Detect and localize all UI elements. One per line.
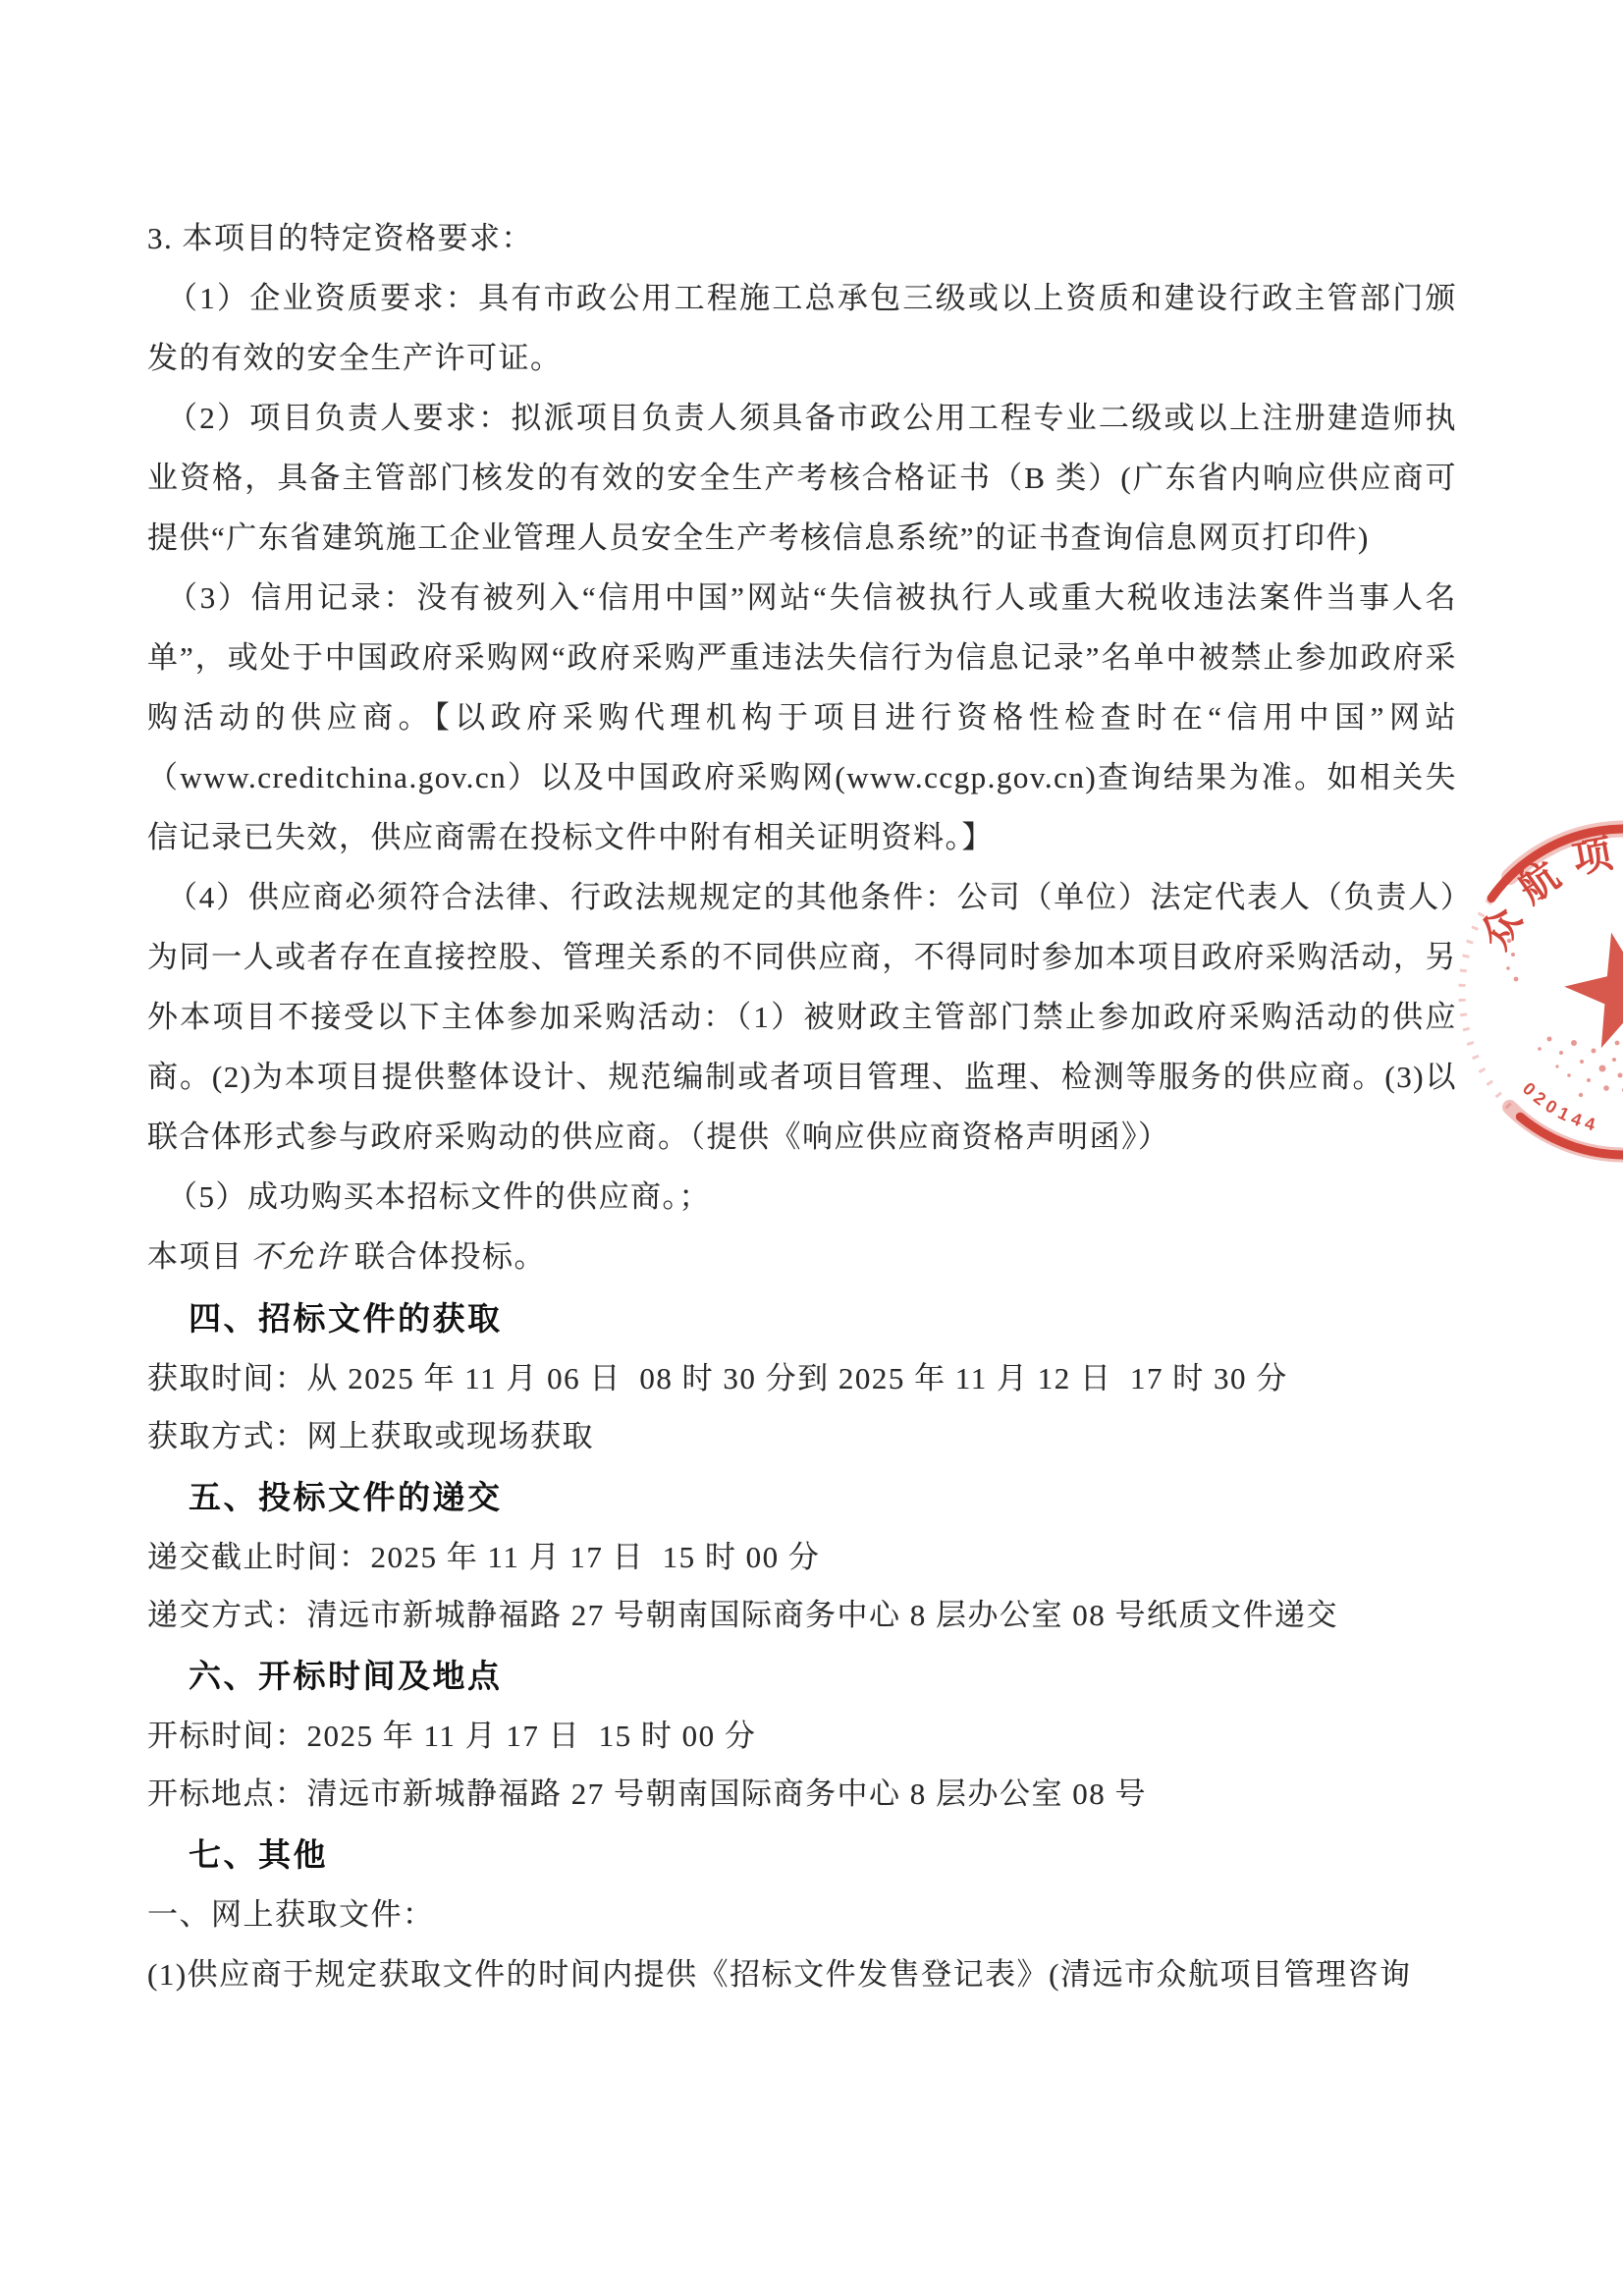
section-4-heading: 四、招标文件的获取 (189, 1290, 1457, 1346)
obtain-method-line: 获取方式：网上获取或现场获取 (147, 1407, 1457, 1465)
seal-star-icon (1564, 933, 1623, 1049)
jv-note-suffix: 联合体投标。 (354, 1239, 546, 1274)
clause3-item-4: （4）供应商必须符合法律、行政法规规定的其他条件：公司（单位）法定代表人（负责人… (147, 867, 1457, 1167)
clause3-item-3: （3）信用记录：没有被列入“信用中国”网站“失信被执行人或重大税收违法案件当事人… (147, 568, 1457, 867)
notice-body: 3. 本项目的特定资格要求： （1）企业资质要求：具有市政公用工程施工总承包三级… (147, 208, 1457, 2004)
seal-graphics: 众航项 020144 (1462, 829, 1623, 1155)
clause3-item-2: （2）项目负责人要求：拟派项目负责人须具备市政公用工程专业二级或以上注册建造师执… (147, 388, 1457, 568)
submit-method-line: 递交方式：清远市新城静福路 27 号朝南国际商务中心 8 层办公室 08 号纸质… (147, 1586, 1457, 1644)
section-6-heading: 六、开标时间及地点 (189, 1648, 1457, 1704)
scanned-tender-notice-page: 3. 本项目的特定资格要求： （1）企业资质要求：具有市政公用工程施工总承包三级… (0, 0, 1623, 2296)
obtain-time-line: 获取时间：从 2025 年 11 月 06 日 08 时 30 分到 2025 … (147, 1349, 1457, 1407)
online-obtain-item-1: (1)供应商于规定获取文件的时间内提供《招标文件发售登记表》(清远市众航项目管理… (147, 1944, 1457, 2004)
section-5-heading: 五、投标文件的递交 (189, 1469, 1457, 1525)
joint-venture-note: 本项目不允许联合体投标。 (147, 1227, 1457, 1286)
clause3-item-5: （5）成功购买本招标文件的供应商。； (147, 1167, 1457, 1227)
submit-deadline-line: 递交截止时间：2025 年 11 月 17 日 15 时 00 分 (147, 1528, 1457, 1586)
bid-opening-place-line: 开标地点：清远市新城静福路 27 号朝南国际商务中心 8 层办公室 08 号 (147, 1765, 1457, 1823)
company-seal-stamp: 众航项 020144 (1414, 786, 1623, 1208)
section-7-heading: 七、其他 (189, 1827, 1457, 1883)
online-obtain-subheading: 一、网上获取文件： (147, 1886, 1457, 1944)
clause3-heading: 3. 本项目的特定资格要求： (147, 208, 1457, 268)
jv-note-emphasis: 不允许 (243, 1239, 355, 1274)
clause3-item-1: （1）企业资质要求：具有市政公用工程施工总承包三级或以上资质和建设行政主管部门颁… (147, 268, 1457, 388)
jv-note-prefix: 本项目 (147, 1239, 243, 1274)
bid-opening-time-line: 开标时间：2025 年 11 月 17 日 15 时 00 分 (147, 1707, 1457, 1765)
